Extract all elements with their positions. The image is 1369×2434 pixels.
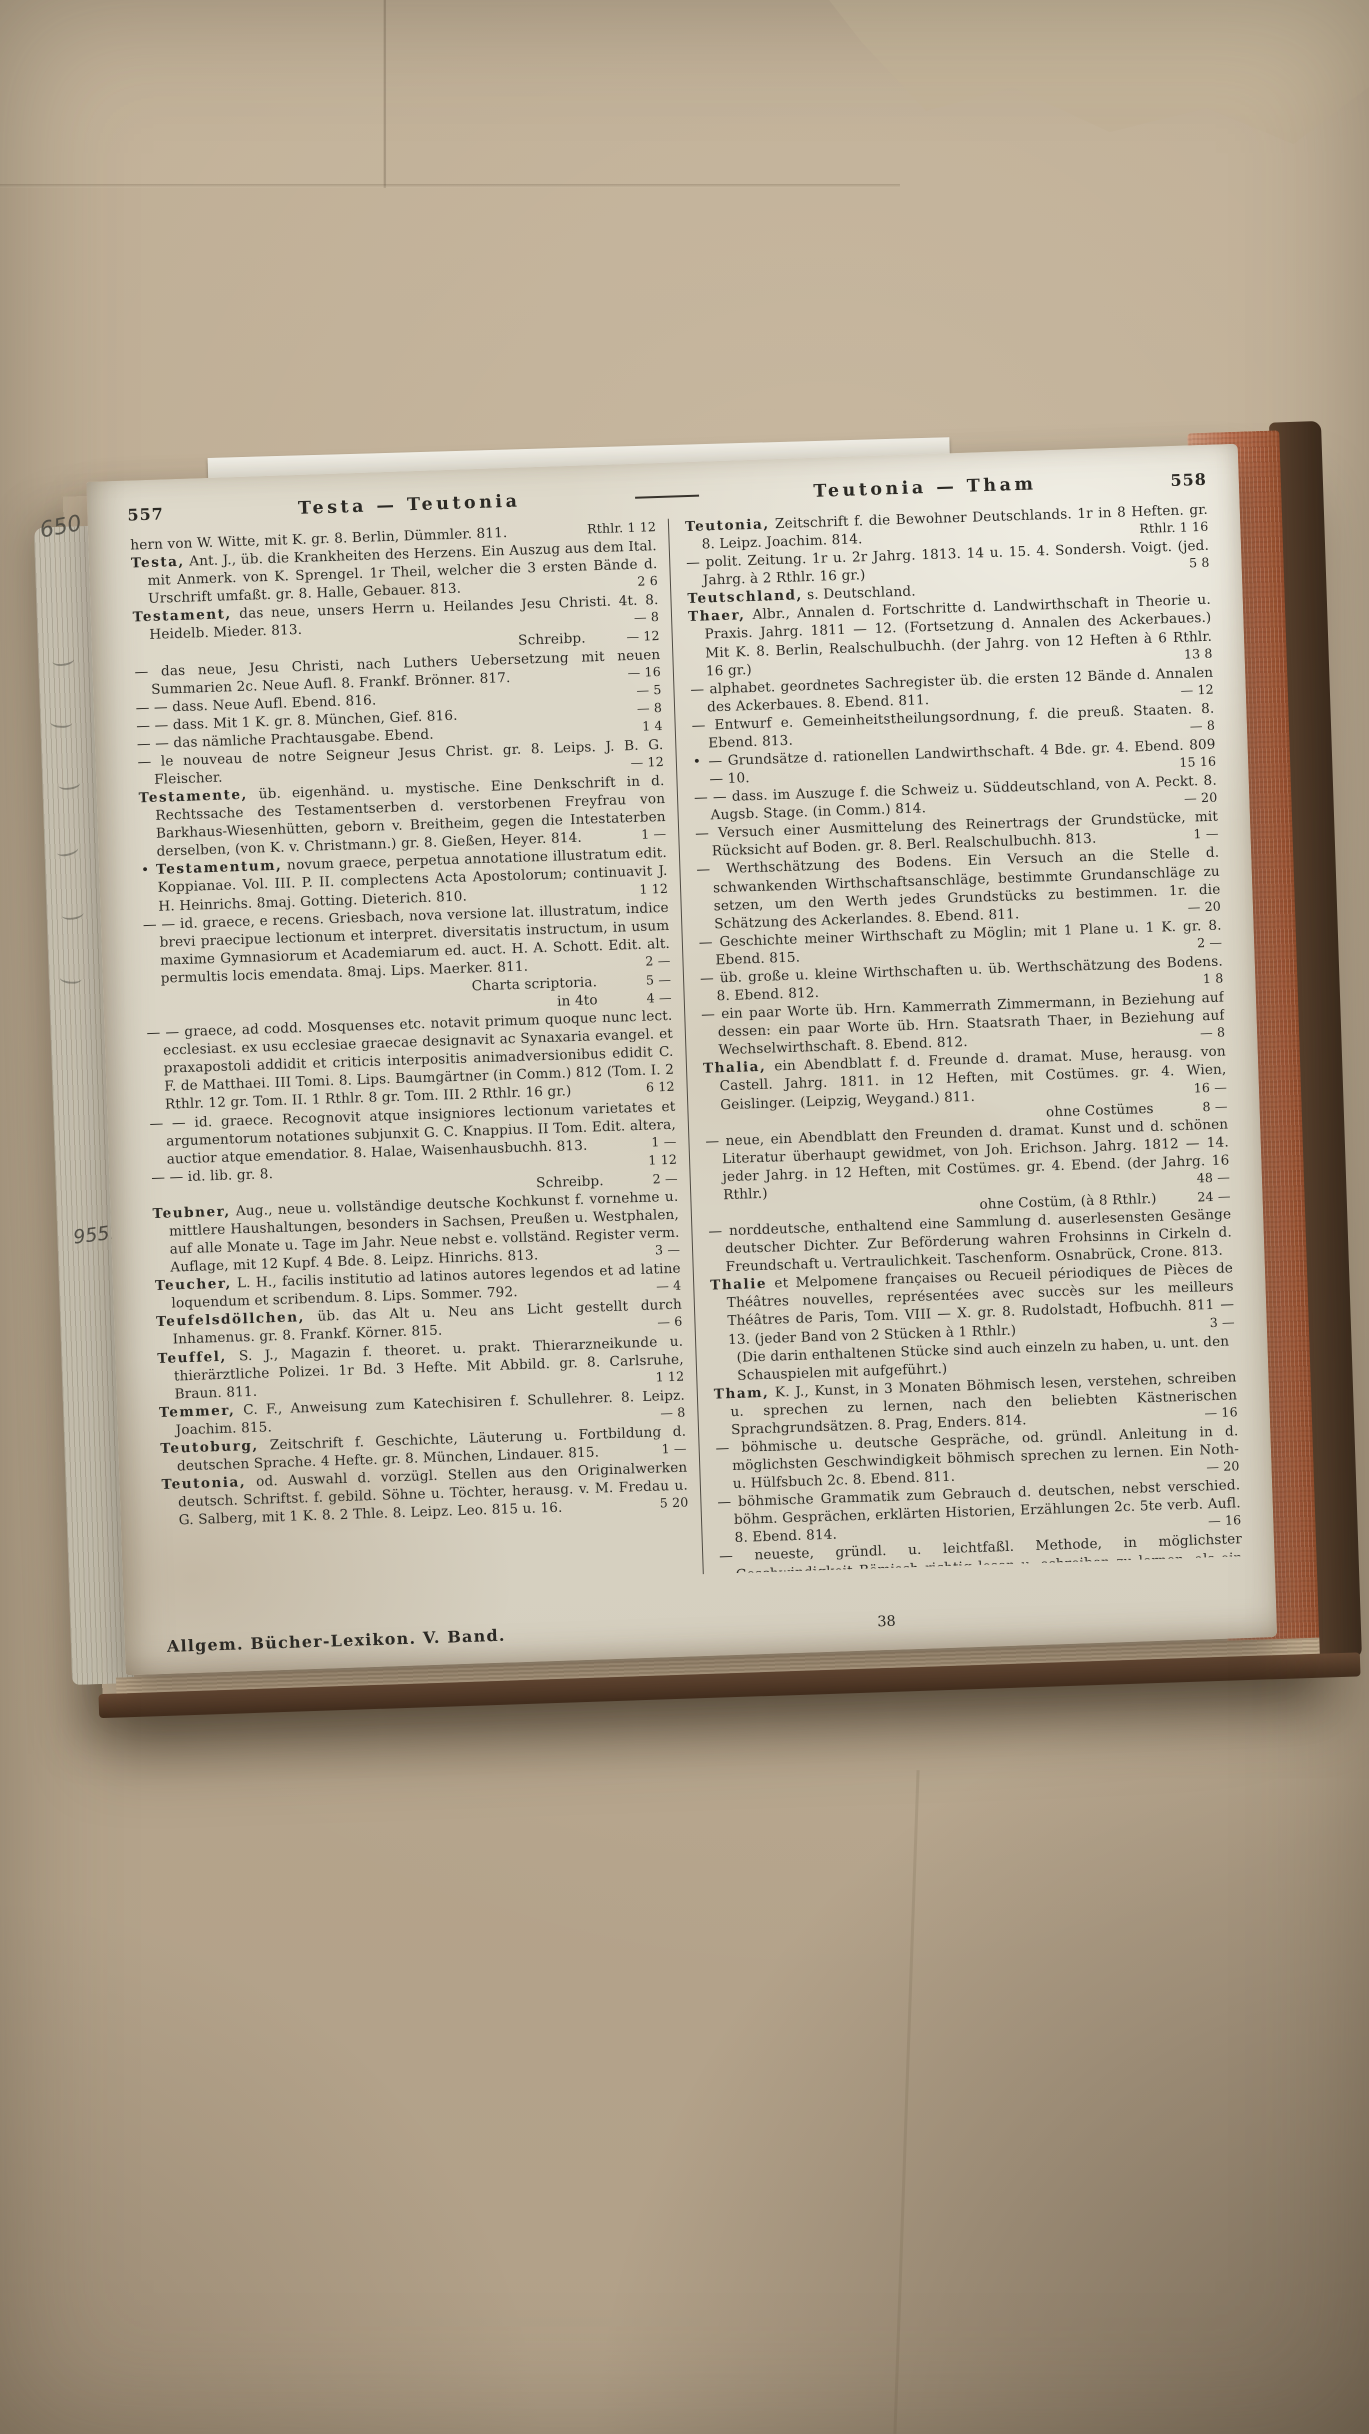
price-value: — 8 bbox=[1216, 1025, 1226, 1042]
price-value: 5 — bbox=[623, 972, 672, 990]
entry-headword: Testamente, bbox=[139, 787, 249, 807]
price-value: 3 — bbox=[1225, 1314, 1235, 1331]
price-value: 13 8 bbox=[1200, 645, 1213, 662]
price-value: — 8 bbox=[1206, 718, 1216, 735]
entry-headword: Teutonia, bbox=[161, 1474, 246, 1493]
page-content: 557 Testa — Teutonia Teutonia — Tham 558… bbox=[127, 469, 1245, 1656]
price-value: 48 — bbox=[1212, 1169, 1230, 1186]
price-value: 5 8 bbox=[1205, 555, 1210, 572]
price-value: 1 12 bbox=[664, 1151, 677, 1168]
price-value: — 16 bbox=[1224, 1513, 1242, 1530]
price-value: — 20 bbox=[1203, 898, 1221, 915]
handwritten-edge-mark bbox=[58, 777, 81, 791]
price-value: 1 12 bbox=[671, 1368, 684, 1385]
book-photo: 650 955. 557 Testa — Teutonia Teutonia —… bbox=[31, 415, 1362, 1719]
price-value: — 8 bbox=[653, 700, 663, 717]
price-value: 2 — bbox=[629, 1171, 678, 1189]
price-value: 1 12 bbox=[655, 880, 668, 897]
price-value: — 20 bbox=[1200, 790, 1218, 807]
entry-headword: Teucher, bbox=[155, 1276, 232, 1295]
column-right: Teutonia, Zeitschrift f. die Bewohner De… bbox=[668, 501, 1243, 1592]
price-value: Rthlr. 1 12 bbox=[603, 519, 657, 537]
entry-headword: Teutoburg, bbox=[160, 1438, 259, 1457]
price-value: — 8 bbox=[676, 1404, 686, 1421]
price-value: Rthlr. 1 16 bbox=[1155, 519, 1209, 537]
cardboard-top-sheet bbox=[0, 0, 386, 187]
star-marker: • bbox=[693, 754, 707, 770]
entry-headword: Thaer, bbox=[688, 608, 746, 626]
entry-headword: Thalie bbox=[710, 1276, 767, 1294]
price-value: — 8 bbox=[1234, 1585, 1242, 1592]
handwritten-edge-mark bbox=[61, 907, 84, 921]
signature-mark: 38 bbox=[877, 1614, 896, 1631]
entry-headword: Teutonia, bbox=[685, 516, 770, 535]
price-value: — 4 bbox=[672, 1278, 682, 1295]
price-value: 4 — bbox=[623, 990, 672, 1008]
column-number-right: 558 bbox=[1137, 469, 1208, 490]
price-value: — 16 bbox=[643, 664, 661, 681]
cardboard-crease-vertical bbox=[383, 0, 387, 188]
entry-headword: Testamentum, bbox=[156, 858, 283, 878]
price-value: 1 — bbox=[677, 1441, 687, 1458]
page-footer: Allgem. Bücher-Lexikon. V. Band. bbox=[167, 1626, 506, 1656]
two-column-text: hern von W. Witte, mit K. gr. 8. Berlin,… bbox=[128, 501, 1242, 1592]
price-value: 15 16 bbox=[1195, 754, 1216, 771]
handwritten-edge-mark bbox=[55, 842, 79, 858]
price-value: — 20 bbox=[1222, 1458, 1240, 1475]
catalog-entry: — — graece, ad codd. Mosquenses etc. not… bbox=[146, 1007, 675, 1115]
price-value: 1 — bbox=[657, 826, 667, 843]
price-value: 6 12 bbox=[662, 1079, 675, 1096]
price-value: 5 20 bbox=[676, 1495, 689, 1512]
price-value: — 8 bbox=[650, 609, 660, 626]
price-value: 1 — bbox=[667, 1133, 677, 1150]
entry-headword: Thalia, bbox=[703, 1059, 767, 1077]
entry-headword: Testa, bbox=[131, 554, 185, 572]
entry-headword: Temmer, bbox=[159, 1402, 236, 1421]
handwritten-edge-mark bbox=[52, 653, 75, 667]
price-value: 3 — bbox=[671, 1242, 681, 1259]
entry-headword: Teuffel, bbox=[157, 1348, 227, 1366]
price-value: — 12 bbox=[611, 628, 660, 646]
star-marker: • bbox=[141, 862, 155, 878]
handwritten-edge-mark bbox=[59, 972, 82, 985]
column-left: hern von W. Witte, mit K. gr. 8. Berlin,… bbox=[128, 519, 704, 1592]
entry-headword: Teufelsdöllchen, bbox=[156, 1310, 305, 1331]
entry-headword: Testament, bbox=[133, 606, 232, 625]
lexicon-page: 557 Testa — Teutonia Teutonia — Tham 558… bbox=[86, 444, 1277, 1676]
running-title-left: Testa — Teutonia bbox=[197, 488, 621, 522]
cardboard-seam-horizontal bbox=[0, 184, 900, 188]
price-value: — 12 bbox=[1196, 681, 1214, 698]
header-center-rule bbox=[635, 495, 699, 499]
handwritten-edge-mark bbox=[50, 716, 72, 728]
price-value: 1 — bbox=[1209, 826, 1219, 843]
entry-headword: Teubner, bbox=[152, 1203, 231, 1222]
running-title-right: Teutonia — Tham bbox=[713, 471, 1137, 505]
entry-headword: Tham, bbox=[714, 1385, 770, 1403]
column-number-left: 557 bbox=[127, 503, 198, 524]
price-value: 2 6 bbox=[653, 573, 658, 590]
price-value: — 16 bbox=[1220, 1404, 1238, 1421]
price-value: — 5 bbox=[652, 682, 662, 699]
price-value: 2 — bbox=[1213, 934, 1223, 951]
price-value: 1 8 bbox=[1219, 971, 1224, 988]
price-value: 8 — bbox=[1179, 1098, 1228, 1116]
price-value: — 12 bbox=[646, 754, 664, 771]
price-value: 24 — bbox=[1182, 1188, 1231, 1206]
price-value: — 6 bbox=[673, 1314, 683, 1331]
price-value: 2 — bbox=[661, 953, 671, 970]
price-value: 16 — bbox=[1209, 1079, 1227, 1096]
price-value: 1 4 bbox=[658, 718, 663, 735]
